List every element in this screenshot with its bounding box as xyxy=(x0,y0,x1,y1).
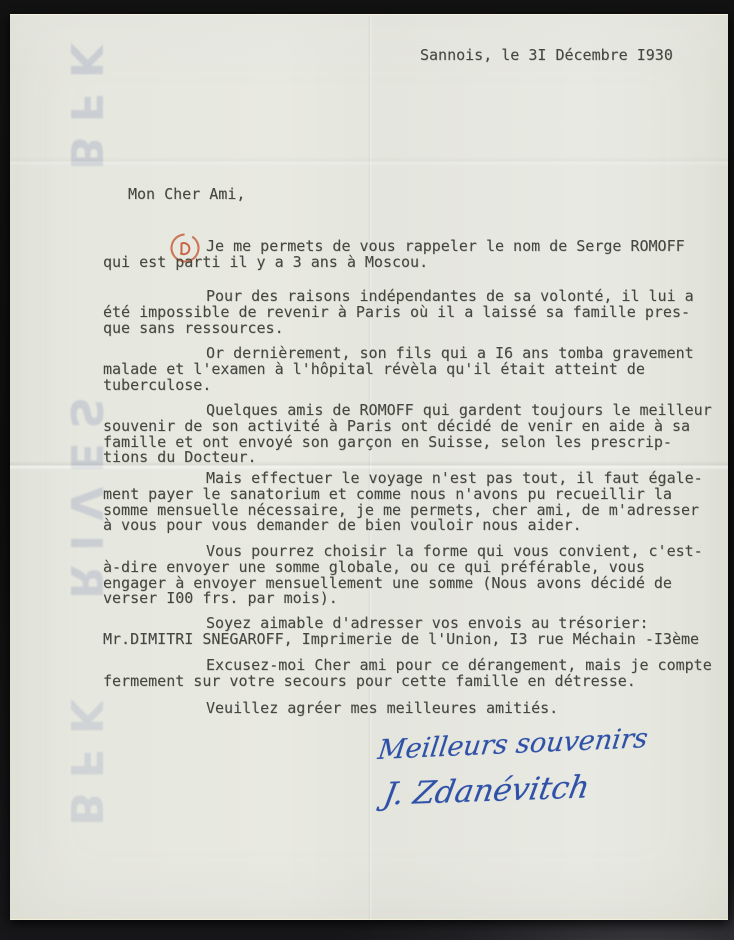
letter-paragraph: Pour des raisons indépendantes de sa vol… xyxy=(103,289,725,336)
horizontal-fold-crease-upper xyxy=(10,157,728,166)
signature-flourish: Meilleurs souvenirs xyxy=(376,723,650,766)
letter-paragraph: Vous pourrez choisir la forme qui vous c… xyxy=(103,544,725,607)
letter-paragraph: Excusez-moi Cher ami pour ce dérangement… xyxy=(103,658,725,690)
letter-paragraph: Je me permets de vous rappeler le nom de… xyxy=(103,239,725,271)
letter-paragraph: Soyez aimable d'adresser vos envois au t… xyxy=(103,616,725,648)
letter-paragraph: Or dernièrement, son fils qui a I6 ans t… xyxy=(103,346,725,393)
signature-name: J. Zdanévitch xyxy=(381,769,592,812)
letter-page: BFK RIVES BFK Sannois, le 3I Décembre I9… xyxy=(10,14,728,920)
letter-closing-paragraph: Veuillez agréer mes meilleures amitiés. xyxy=(103,701,725,717)
watermark-bfk-top: BFK xyxy=(55,25,115,175)
letter-paragraph: Quelques amis de ROMOFF qui gardent touj… xyxy=(103,403,725,466)
salutation: Mon Cher Ami, xyxy=(128,187,245,203)
scan-background: BFK RIVES BFK Sannois, le 3I Décembre I9… xyxy=(0,0,734,940)
dateline: Sannois, le 3I Décembre I930 xyxy=(420,48,673,64)
letter-paragraph: Mais effectuer le voyage n'est pas tout,… xyxy=(103,471,725,534)
